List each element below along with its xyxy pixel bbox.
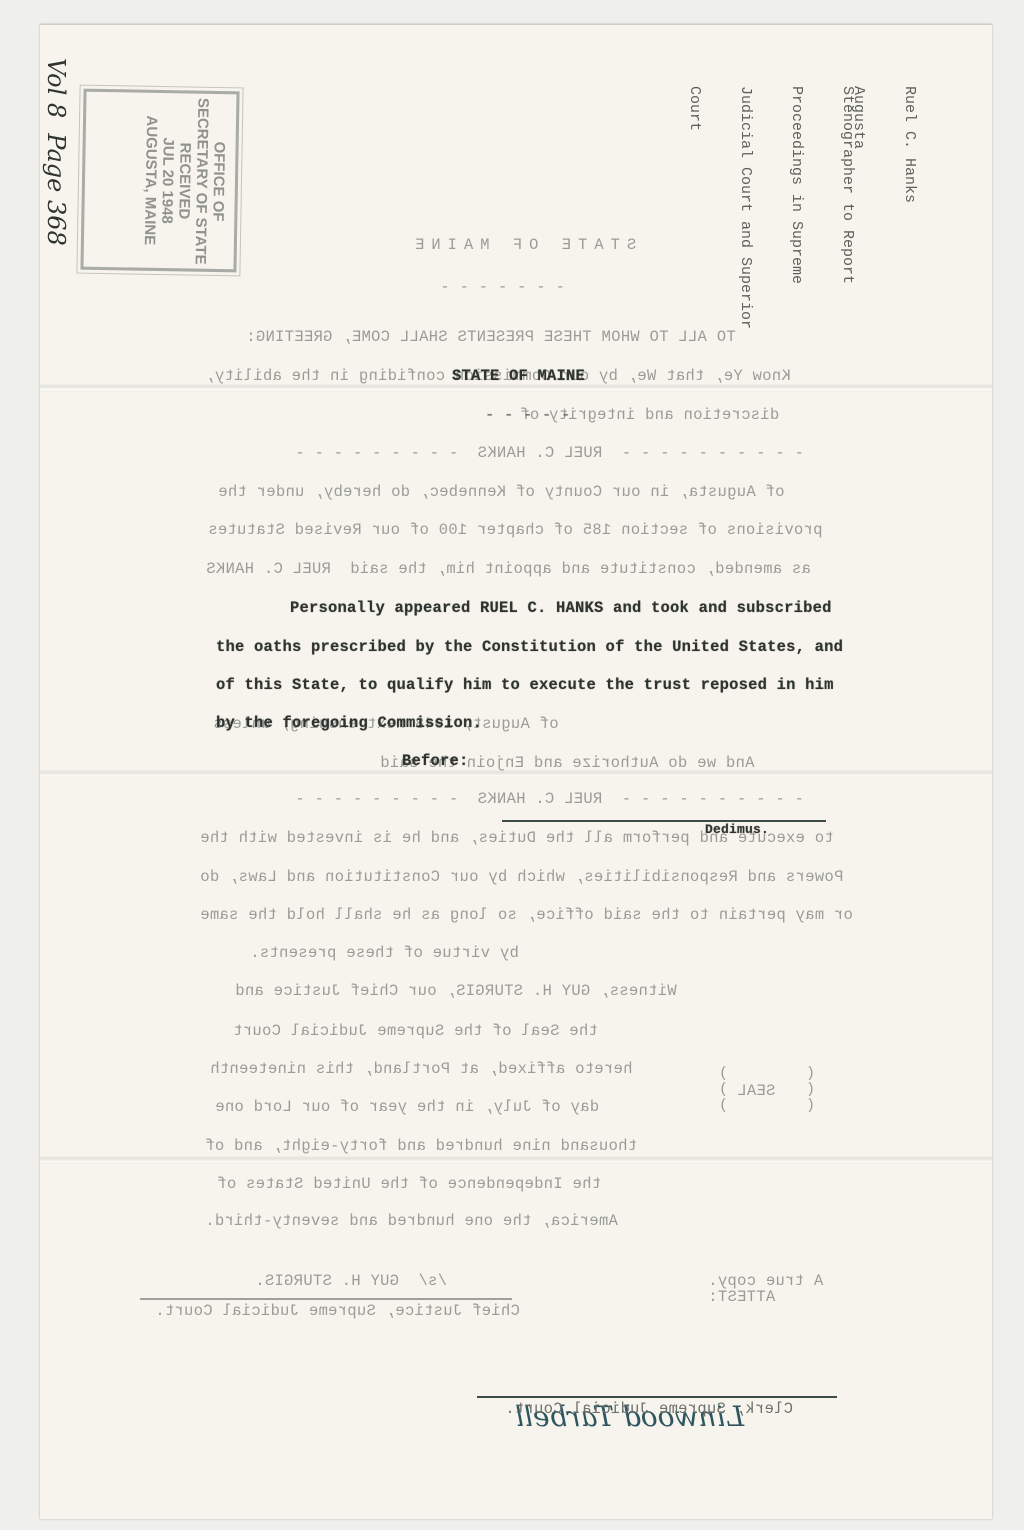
fold-crease (40, 1156, 992, 1164)
witness-line: the Independence of the United States of (217, 1175, 601, 1193)
dedimus-label: Dedimus. (705, 822, 769, 837)
oath-line: by the foregoing Commission. (216, 714, 482, 732)
seal-left-bracket: ( ( ( (719, 1066, 728, 1114)
witness-line: the Seal of the Supreme Judicial Court (233, 1022, 598, 1040)
body-line: Powers and Responsibilities, which by ou… (200, 868, 843, 886)
stamp-line: OFFICE OF (208, 94, 228, 269)
heading-rule: - - - - - - - (440, 278, 565, 296)
witness-line: America, the one hundred and seventy-thi… (205, 1212, 618, 1230)
fold-crease (40, 384, 992, 392)
before-label: Before: (402, 752, 469, 770)
dedimus-signature-line (502, 820, 826, 822)
stamp-line: AUGUSTA, MAINE (140, 93, 160, 268)
attest-label: ATTEST: (708, 1288, 775, 1306)
witness-line: day of July, in the year of our Lord one (215, 1098, 599, 1116)
body-line: or may pertain to the said office, so lo… (200, 906, 853, 924)
body-line: of Augusta, in our County of Kennebec, d… (218, 483, 785, 501)
overlay-state-of-maine: STATE OF MAINE (452, 367, 585, 385)
seal-label: SEAL (737, 1082, 775, 1100)
greeting-reversed: TO ALL TO WHOM THESE PRESENTS SHALL COME… (246, 328, 736, 346)
witness-line: thousand nine hundred and forty-eight, a… (205, 1137, 637, 1155)
stamp-line: SECRETARY OF STATE (191, 94, 211, 269)
body-line: by virtue of these presents. (250, 944, 519, 962)
witness-line: Witness, GUY H. STURGIS, our Chief Justi… (235, 982, 677, 1000)
heading-reversed: STATE OF MAINE (408, 236, 636, 254)
overlay-rule: - - - - - (485, 406, 571, 424)
title-line: Proceedings in Supreme (788, 86, 805, 329)
stamp-line: JUL 20 1948 (157, 93, 177, 268)
title-line: Stenographer to Report (839, 86, 856, 329)
body-line: provisions of section 185 of chapter 100… (208, 521, 823, 539)
body-line-name: - - - - - - - - - - RUEL C. HANKS - - - … (295, 790, 804, 808)
chief-justice-line (140, 1298, 512, 1300)
clerk-signature-line (477, 1396, 837, 1398)
body-line: as amended, constitute and appoint him, … (206, 560, 811, 578)
handwritten-volume-page: Vol 8 Page 368 (42, 58, 70, 246)
received-stamp: OFFICE OF SECRETARY OF STATE RECEIVED JU… (80, 89, 239, 273)
oath-line: of this State, to qualify him to execute… (216, 676, 834, 694)
title-line: Judicial Court and Superior (737, 86, 754, 329)
oath-line: the oaths prescribed by the Constitution… (216, 638, 843, 656)
appointee-name: Ruel C. Hanks (901, 86, 918, 203)
stamp-text: OFFICE OF SECRETARY OF STATE RECEIVED JU… (140, 93, 236, 270)
title-line: Court (686, 86, 703, 329)
margin-note-title: Stenographer to Report Proceedings in Su… (669, 86, 890, 329)
seal-right-bracket: ) ) ) (806, 1066, 815, 1114)
body-line-name: - - - - - - - - - - RUEL C. HANKS - - - … (295, 444, 804, 462)
chief-justice-signature: /s/ GUY H. STURGIS. (255, 1272, 447, 1290)
chief-justice-title: Chief Justice, Supreme Judicial Court. (155, 1302, 520, 1320)
clerk-title: Clerk, Supreme Judicial Court. (505, 1400, 793, 1418)
witness-line: hereto affixed, at Portland, this ninete… (210, 1060, 632, 1078)
oath-line: Personally appeared RUEL C. HANKS and to… (290, 599, 832, 617)
